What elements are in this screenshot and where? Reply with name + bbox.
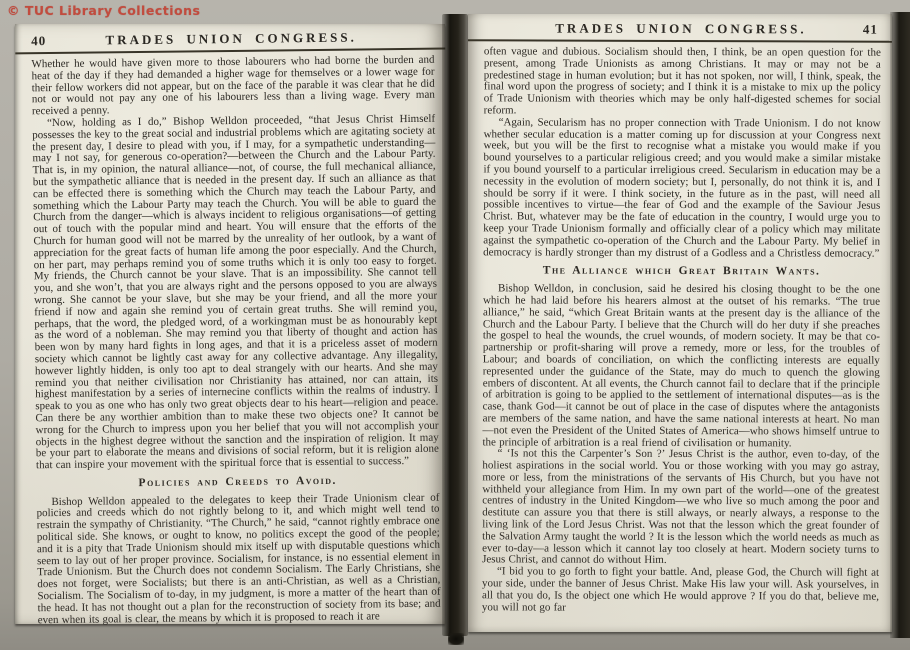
paragraph: “I bid you to go forth to fight your bat… <box>482 567 879 616</box>
left-page-number: 40 <box>31 33 77 50</box>
library-watermark: © TUC Library Collections <box>7 3 200 18</box>
book-spine-gutter <box>442 14 468 636</box>
scanned-book-spread: 40 TRADES UNION CONGRESS. Whether he wou… <box>0 0 910 650</box>
left-page: 40 TRADES UNION CONGRESS. Whether he wou… <box>15 24 445 624</box>
section-heading: Policies and Creeds to Avoid. <box>36 475 439 491</box>
left-page-text: Whether he would have given more to thos… <box>15 50 451 627</box>
page-block-right-edge <box>890 12 910 638</box>
paragraph: Bishop Welldon, in conclusion, said he d… <box>482 283 880 450</box>
left-header-spacer <box>385 41 431 42</box>
paragraph: “Now, holding as I do,” Bishop Welldon p… <box>32 114 439 472</box>
right-page-number: 41 <box>832 22 878 38</box>
section-heading: The Alliance which Great Britain Wants. <box>483 266 880 279</box>
paragraph: Whether he would have given more to thos… <box>31 55 435 119</box>
spine-bottom-shadow <box>448 633 464 645</box>
paragraph: often vague and dubious. Socialism shoul… <box>484 46 881 118</box>
right-page: TRADES UNION CONGRESS. 41 often vague an… <box>468 14 892 632</box>
paragraph: “ ‘Is not this the Carpenter’s Son ?’ Je… <box>482 449 879 568</box>
right-page-header: TRADES UNION CONGRESS. 41 <box>468 13 892 42</box>
right-page-text: often vague and dubious. Socialism shoul… <box>466 41 892 615</box>
left-running-title: TRADES UNION CONGRESS. <box>77 29 385 48</box>
right-running-title: TRADES UNION CONGRESS. <box>530 20 832 37</box>
paragraph: “Again, Secularism has no proper connect… <box>483 117 880 260</box>
paragraph: Bishop Welldon appealed to the delegates… <box>36 492 440 626</box>
